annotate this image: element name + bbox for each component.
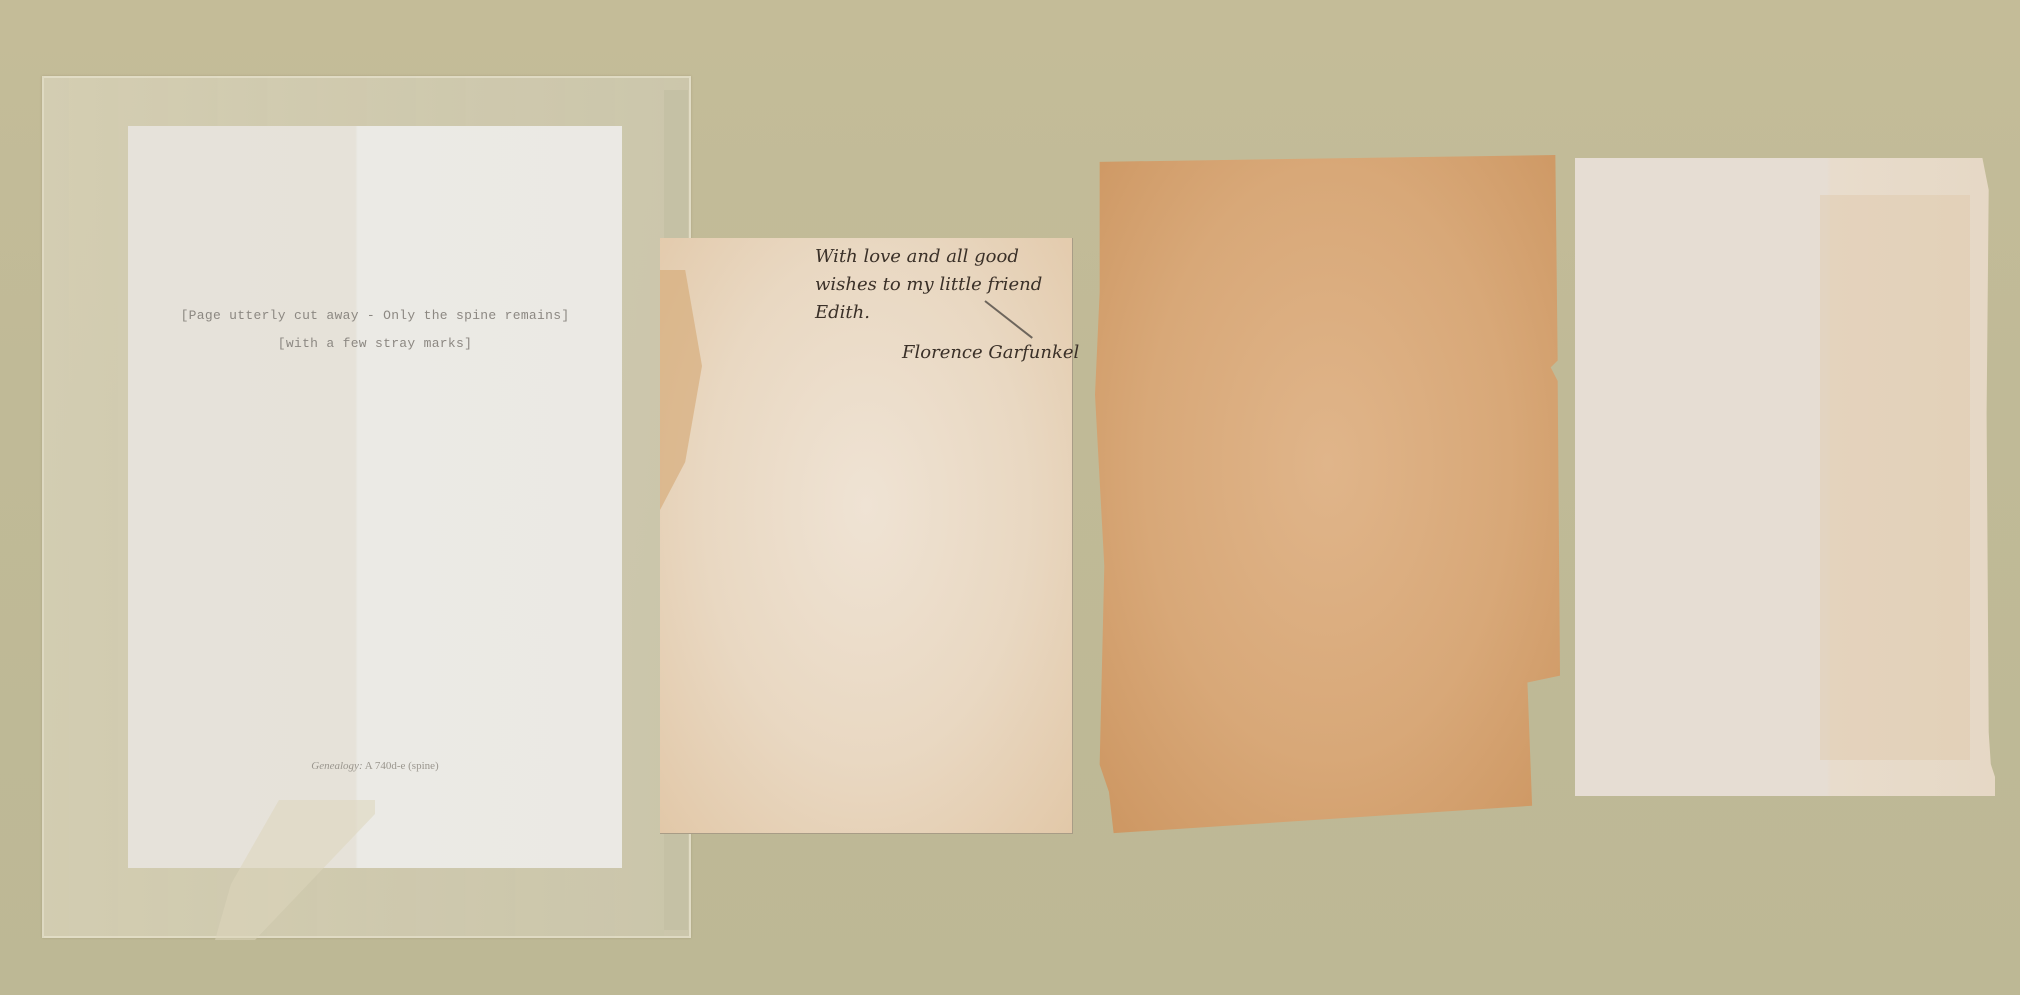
inscribed-leaf: With love and all good wishes to my litt… — [660, 238, 1073, 834]
caption-text: A 740d-e (spine) — [363, 760, 439, 772]
inscription-line-2: wishes to my little friend — [815, 274, 1042, 295]
typed-note-line-1: [Page utterly cut away - Only the spine … — [128, 308, 622, 323]
spine-caption: Genealogy: A 740d-e (spine) — [128, 760, 622, 772]
caption-italic: Genealogy: — [311, 760, 362, 772]
inscription-line-3: Edith. — [815, 302, 870, 323]
placeholder-sheet: [Page utterly cut away - Only the spine … — [128, 126, 622, 868]
offset-stain — [1820, 195, 1970, 760]
browned-leaf — [1095, 155, 1560, 840]
inscription-line-1: With love and all good — [815, 246, 1019, 267]
signature: Florence Garfunkel — [902, 342, 1079, 363]
typed-note-line-2: [with a few stray marks] — [128, 336, 622, 351]
